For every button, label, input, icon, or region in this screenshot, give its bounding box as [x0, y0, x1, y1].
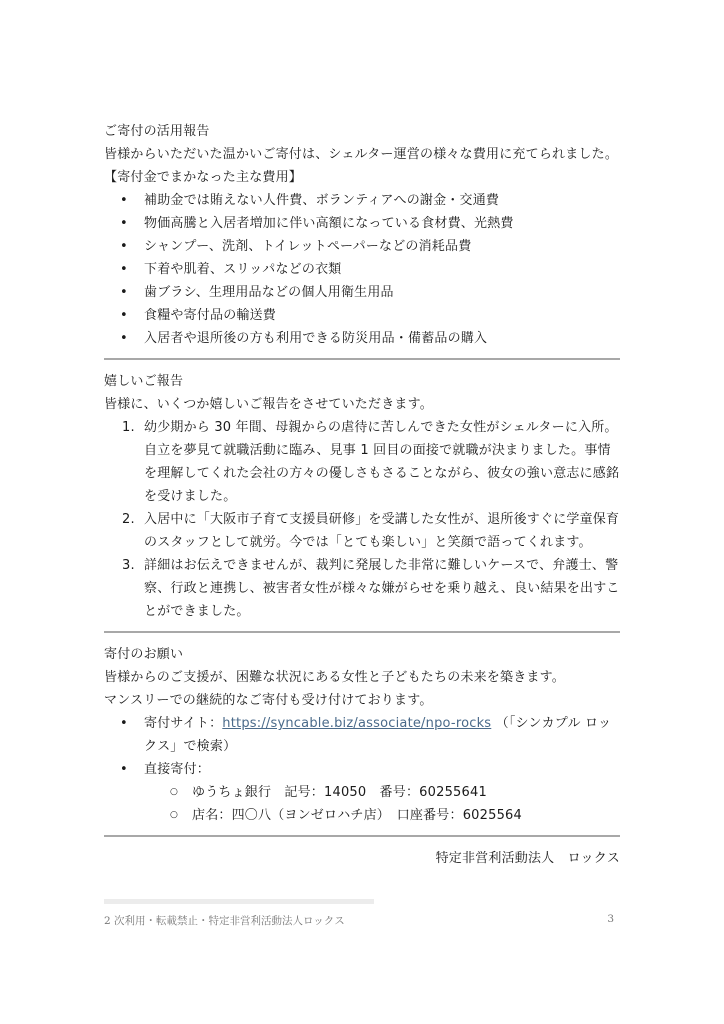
bank-account-line: ゆうちょ銀行 記号：14050 番号：60255641	[104, 781, 620, 804]
donation-methods-list: 寄付サイト：https://syncable.biz/associate/npo…	[104, 712, 620, 827]
list-item: 1.幼少期から 30 年間、母親からの虐待に苦しんできた女性がシェルターに入所。…	[104, 416, 620, 508]
divider	[104, 631, 620, 633]
bank-branch-line: 店名：四〇八（ヨンゼロハチ店） 口座番号：6025564	[104, 804, 620, 827]
divider	[104, 835, 620, 837]
good-news-intro: 皆様に、いくつか嬉しいご報告をさせていただきます。	[104, 393, 620, 416]
bank-details-list: ゆうちょ銀行 記号：14050 番号：60255641 店名：四〇八（ヨンゼロハ…	[104, 781, 620, 827]
good-news-list: 1.幼少期から 30 年間、母親からの虐待に苦しんできた女性がシェルターに入所。…	[104, 416, 620, 623]
expenses-list: 補助金では賄えない人件費、ボランティアへの謝金・交通費 物価高騰と入居者増加に伴…	[104, 189, 620, 350]
divider	[104, 358, 620, 360]
donation-site-link[interactable]: https://syncable.biz/associate/npo-rocks	[222, 716, 491, 731]
donation-request-line2: マンスリーでの継続的なご寄付も受け付けております。	[104, 689, 620, 712]
section-title-good-news: 嬉しいご報告	[104, 370, 620, 393]
list-number: 1.	[122, 416, 135, 439]
list-item: 下着や肌着、スリッパなどの衣類	[104, 258, 620, 281]
list-item-text: 入居中に「大阪市子育て支援員研修」を受講した女性が、退所後すぐに学童保育のスタッ…	[144, 512, 619, 550]
list-item: 物価高騰と入居者増加に伴い高額になっている食材費、光熱費	[104, 212, 620, 235]
list-item: 3.詳細はお伝えできませんが、裁判に発展した非常に難しいケースで、弁護士、警察、…	[104, 554, 620, 623]
footer-bar	[104, 899, 374, 904]
page-number: 3	[607, 913, 614, 925]
document-page: ご寄付の活用報告 皆様からいただいた温かいご寄付は、シェルター運営の様々な費用に…	[104, 120, 620, 883]
page-footer: 2 次利用・転載禁止・特定非営利活動法人ロックス 3	[104, 913, 614, 928]
expenses-subheading: 【寄付金でまかなった主な費用】	[104, 166, 620, 189]
organization-signature: 特定非営利活動法人 ロックス	[104, 847, 620, 870]
list-item: 歯ブラシ、生理用品などの個人用衛生用品	[104, 281, 620, 304]
list-number: 2.	[122, 508, 135, 531]
list-item: 2.入居中に「大阪市子育て支援員研修」を受講した女性が、退所後すぐに学童保育のス…	[104, 508, 620, 554]
list-item-text: 詳細はお伝えできませんが、裁判に発展した非常に難しいケースで、弁護士、警察、行政…	[144, 558, 620, 619]
footer-copyright: 2 次利用・転載禁止・特定非営利活動法人ロックス	[104, 915, 345, 927]
list-item-donation-site: 寄付サイト：https://syncable.biz/associate/npo…	[104, 712, 620, 758]
donation-request-line1: 皆様からのご支援が、困難な状況にある女性と子どもたちの未来を築きます。	[104, 666, 620, 689]
donation-site-label: 寄付サイト：	[144, 716, 222, 731]
list-item-direct-donation: 直接寄付： ゆうちょ銀行 記号：14050 番号：60255641 店名：四〇八…	[104, 758, 620, 827]
list-item: 補助金では賄えない人件費、ボランティアへの謝金・交通費	[104, 189, 620, 212]
section-title-donation-request: 寄付のお願い	[104, 643, 620, 666]
list-item: シャンプー、洗剤、トイレットペーパーなどの消耗品費	[104, 235, 620, 258]
section-title-donation-report: ご寄付の活用報告	[104, 120, 620, 143]
direct-donation-label: 直接寄付：	[144, 762, 210, 777]
list-item: 入居者や退所後の方も利用できる防災用品・備蓄品の購入	[104, 327, 620, 350]
list-number: 3.	[122, 554, 135, 577]
list-item: 食糧や寄付品の輸送費	[104, 304, 620, 327]
list-item-text: 幼少期から 30 年間、母親からの虐待に苦しんできた女性がシェルターに入所。自立…	[144, 420, 619, 504]
donation-report-intro: 皆様からいただいた温かいご寄付は、シェルター運営の様々な費用に充てられました。	[104, 143, 620, 166]
